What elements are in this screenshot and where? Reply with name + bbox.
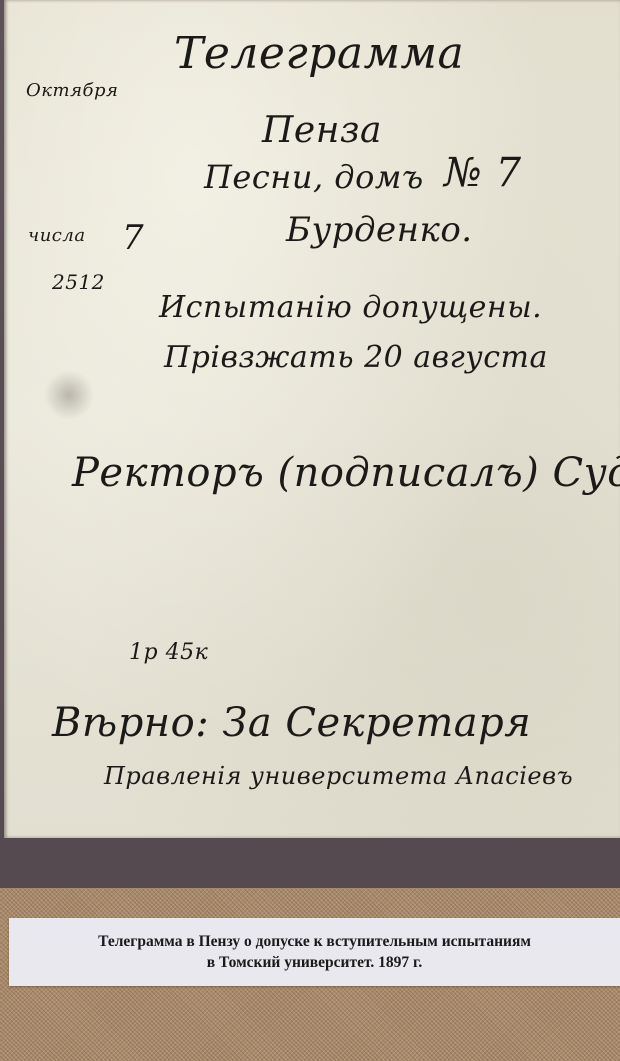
margin-day-label: числа bbox=[28, 225, 86, 246]
caption-line-2: в Томский университет. 1897 г. bbox=[207, 952, 422, 973]
caption-line-1: Телеграмма в Пензу о допуске к вступител… bbox=[98, 931, 531, 952]
telegram-fee: 1р 45к bbox=[129, 640, 208, 665]
margin-month-note: Октября bbox=[26, 80, 118, 101]
recipient-address: Песни, домъ bbox=[204, 158, 424, 196]
ink-smudge bbox=[44, 370, 94, 420]
certification-line-2: Правленія университета Апасіевъ bbox=[104, 762, 573, 790]
house-number: № 7 bbox=[444, 150, 522, 196]
margin-reg-number: 2512 bbox=[52, 270, 105, 294]
telegram-paper: Октября числа 7 2512 Телеграмма Пенза Пе… bbox=[4, 0, 620, 838]
rector-signature: Ректоръ (подписалъ) Судакова bbox=[72, 450, 620, 496]
exhibit-caption-card: Телеграмма в Пензу о допуске к вступител… bbox=[9, 918, 620, 986]
recipient-name: Бурденко. bbox=[286, 210, 473, 250]
certification-line-1: Вѣрно: За Секретаря bbox=[52, 700, 531, 746]
message-line-2: Прівзжать 20 августа bbox=[164, 340, 548, 375]
margin-day: 7 bbox=[122, 218, 144, 258]
message-line-1: Испытанію допущены. bbox=[159, 290, 542, 325]
telegram-title: Телеграмма bbox=[174, 28, 464, 79]
destination-city: Пенза bbox=[262, 110, 382, 151]
